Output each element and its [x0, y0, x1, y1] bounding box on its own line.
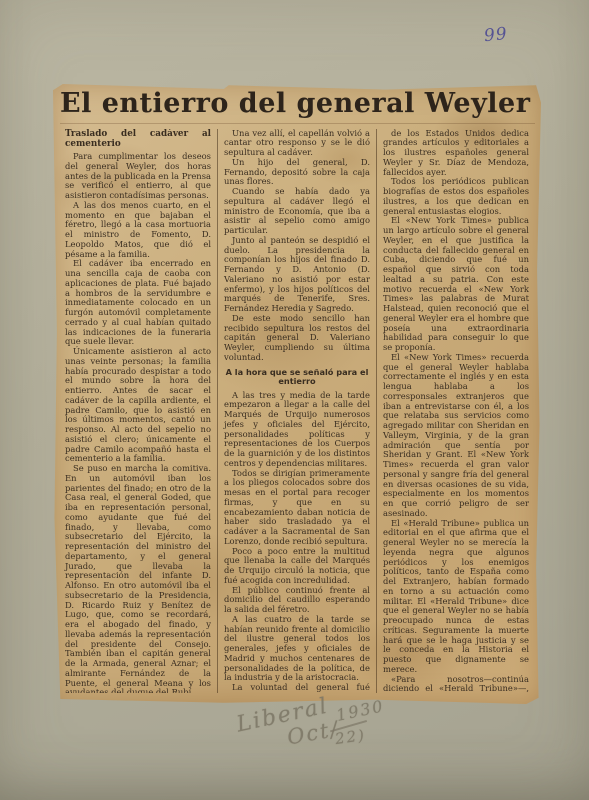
article-paragraph: Todos se dirigían primeramente a los pli… — [224, 469, 370, 547]
article-paragraph: «Para nosotros—continúa diciendo el «Her… — [383, 675, 529, 693]
article-paragraph: A las tres y media de la tarde empezaron… — [224, 391, 370, 469]
article-paragraph: Traslado del cadáver al cementerio — [65, 129, 211, 149]
article-paragraph: Únicamente asistieron al acto unas veint… — [65, 347, 211, 464]
article-column-3: de los Estados Unidos dedica grandes art… — [376, 129, 535, 693]
article-paragraph: Una vez allí, el capellán volvió a canta… — [224, 129, 370, 158]
handwritten-page-number: 99 — [483, 24, 509, 46]
scrapbook-page: 99 El entierro del general Weyler Trasla… — [0, 0, 589, 800]
article-paragraph: El «New York Times» publica un largo art… — [383, 216, 529, 353]
article-paragraph: Poco a poco entre la multitud que llenab… — [224, 547, 370, 586]
article-paragraph: Se puso en marcha la comitiva. En un aut… — [65, 464, 211, 693]
article-paragraph: El cadáver iba encerrado en una sencilla… — [65, 259, 211, 347]
article-paragraph: El «Herald Tribune» publica un editorial… — [383, 519, 529, 675]
article-paragraph: A las dos menos cuarto, en el momento en… — [65, 201, 211, 260]
article-paragraph: A las cuatro de la tarde se habían reuni… — [224, 615, 370, 683]
article-paragraph: El «New York Times» recuerda que el gene… — [383, 353, 529, 519]
article-column-1: Traslado del cadáver al cementerioPara c… — [59, 129, 217, 693]
article-paragraph: Todos los periódicos publican biografías… — [383, 177, 529, 216]
newspaper-clipping: El entierro del general Weyler Traslado … — [53, 84, 541, 704]
article-columns: Traslado del cadáver al cementerioPara c… — [59, 129, 535, 693]
article-paragraph: Un hijo del general, D. Fernando, deposi… — [224, 158, 370, 187]
article-paragraph: De este modo sencillo han recibido sepul… — [224, 314, 370, 363]
handwritten-source-day: 22) — [334, 726, 367, 748]
article-column-2: Una vez allí, el capellán volvió a canta… — [217, 129, 376, 693]
article-paragraph: de los Estados Unidos dedica grandes art… — [383, 129, 529, 178]
article-headline: El entierro del general Weyler — [60, 89, 535, 124]
article-subhead: A la hora que se señaló para el entierro — [224, 368, 370, 387]
article-paragraph: El público continuó frente al domicilio … — [224, 586, 370, 615]
article-paragraph: Cuando se había dado ya sepultura al cad… — [224, 187, 370, 236]
article-paragraph: La voluntad del general fué cumplida; pe… — [224, 683, 370, 692]
article-paragraph: Junto al panteón se despidió el duelo. L… — [224, 236, 370, 314]
article-paragraph: Para cumplimentar los deseos del general… — [65, 152, 211, 201]
